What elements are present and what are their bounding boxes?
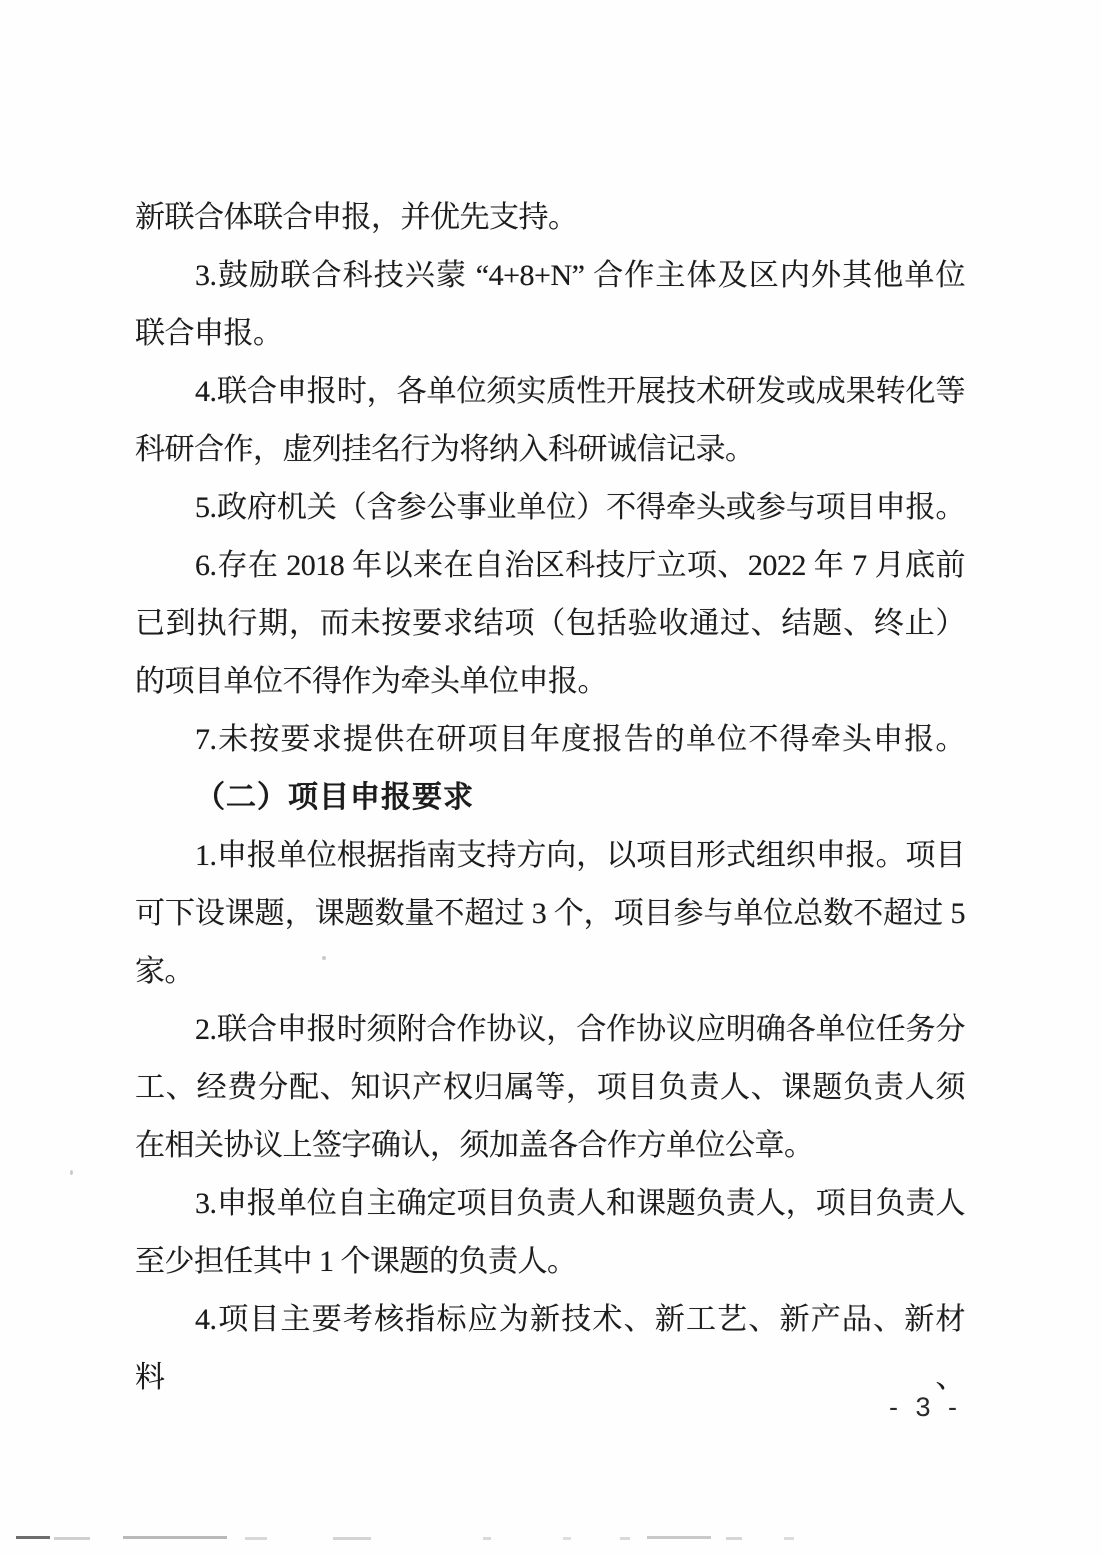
doc-line: 2.联合申报时须附合作协议，合作协议应明确各单位任务分 <box>135 1001 965 1059</box>
doc-line: 3.鼓励联合科技兴蒙 “4+8+N” 合作主体及区内外其他单位 <box>135 247 965 305</box>
scan-artifact-dash <box>726 1537 742 1540</box>
doc-line: 4.联合申报时，各单位须实质性开展技术研发或成果转化等 <box>135 363 965 421</box>
doc-line: 联合申报。 <box>135 305 965 363</box>
doc-line: 3.申报单位自主确定项目负责人和课题负责人，项目负责人 <box>135 1175 965 1233</box>
page-number: - 3 - <box>889 1392 962 1423</box>
scan-speck <box>70 1170 73 1175</box>
doc-line: 5.政府机关（含参公事业单位）不得牵头或参与项目申报。 <box>135 479 965 537</box>
doc-line: 6.存在 2018 年以来在自治区科技厅立项、2022 年 7 月底前 <box>135 537 965 595</box>
doc-line: 1.申报单位根据指南支持方向，以项目形式组织申报。项目 <box>135 827 965 885</box>
scan-artifact-dash <box>647 1536 711 1539</box>
scan-artifact-dash <box>620 1537 630 1540</box>
doc-line: 至少担任其中 1 个课题的负责人。 <box>135 1233 965 1291</box>
doc-line: 工、经费分配、知识产权归属等，项目负责人、课题负责人须 <box>135 1059 965 1117</box>
doc-line: 的项目单位不得作为牵头单位申报。 <box>135 653 965 711</box>
doc-line: 可下设课题，课题数量不超过 3 个，项目参与单位总数不超过 5 <box>135 885 965 943</box>
document-body: 新联合体联合申报，并优先支持。 3.鼓励联合科技兴蒙 “4+8+N” 合作主体及… <box>135 189 965 1407</box>
section-heading-2: （二）项目申报要求 <box>135 769 965 827</box>
doc-line: 新联合体联合申报，并优先支持。 <box>135 189 965 247</box>
scan-artifact-dash <box>784 1537 794 1540</box>
document-page: 新联合体联合申报，并优先支持。 3.鼓励联合科技兴蒙 “4+8+N” 合作主体及… <box>0 0 1102 1557</box>
scan-artifact-dash <box>245 1537 267 1540</box>
doc-line: 已到执行期，而未按要求结项（包括验收通过、结题、终止） <box>135 595 965 653</box>
doc-line: 7.未按要求提供在研项目年度报告的单位不得牵头申报。 <box>135 711 965 769</box>
scan-artifact-dash <box>54 1537 90 1540</box>
doc-line: 科研合作，虚列挂名行为将纳入科研诚信记录。 <box>135 421 965 479</box>
scan-artifact-dash <box>563 1537 571 1540</box>
scan-artifact-dash <box>16 1536 50 1539</box>
scan-artifact-dash <box>333 1537 371 1540</box>
doc-line: 家。 <box>135 943 965 1001</box>
scan-artifact-dash <box>123 1536 227 1539</box>
scan-artifact-dash <box>483 1537 491 1540</box>
doc-line: 在相关协议上签字确认，须加盖各合作方单位公章。 <box>135 1117 965 1175</box>
doc-line: 4.项目主要考核指标应为新技术、新工艺、新产品、新材料、 <box>135 1291 965 1407</box>
